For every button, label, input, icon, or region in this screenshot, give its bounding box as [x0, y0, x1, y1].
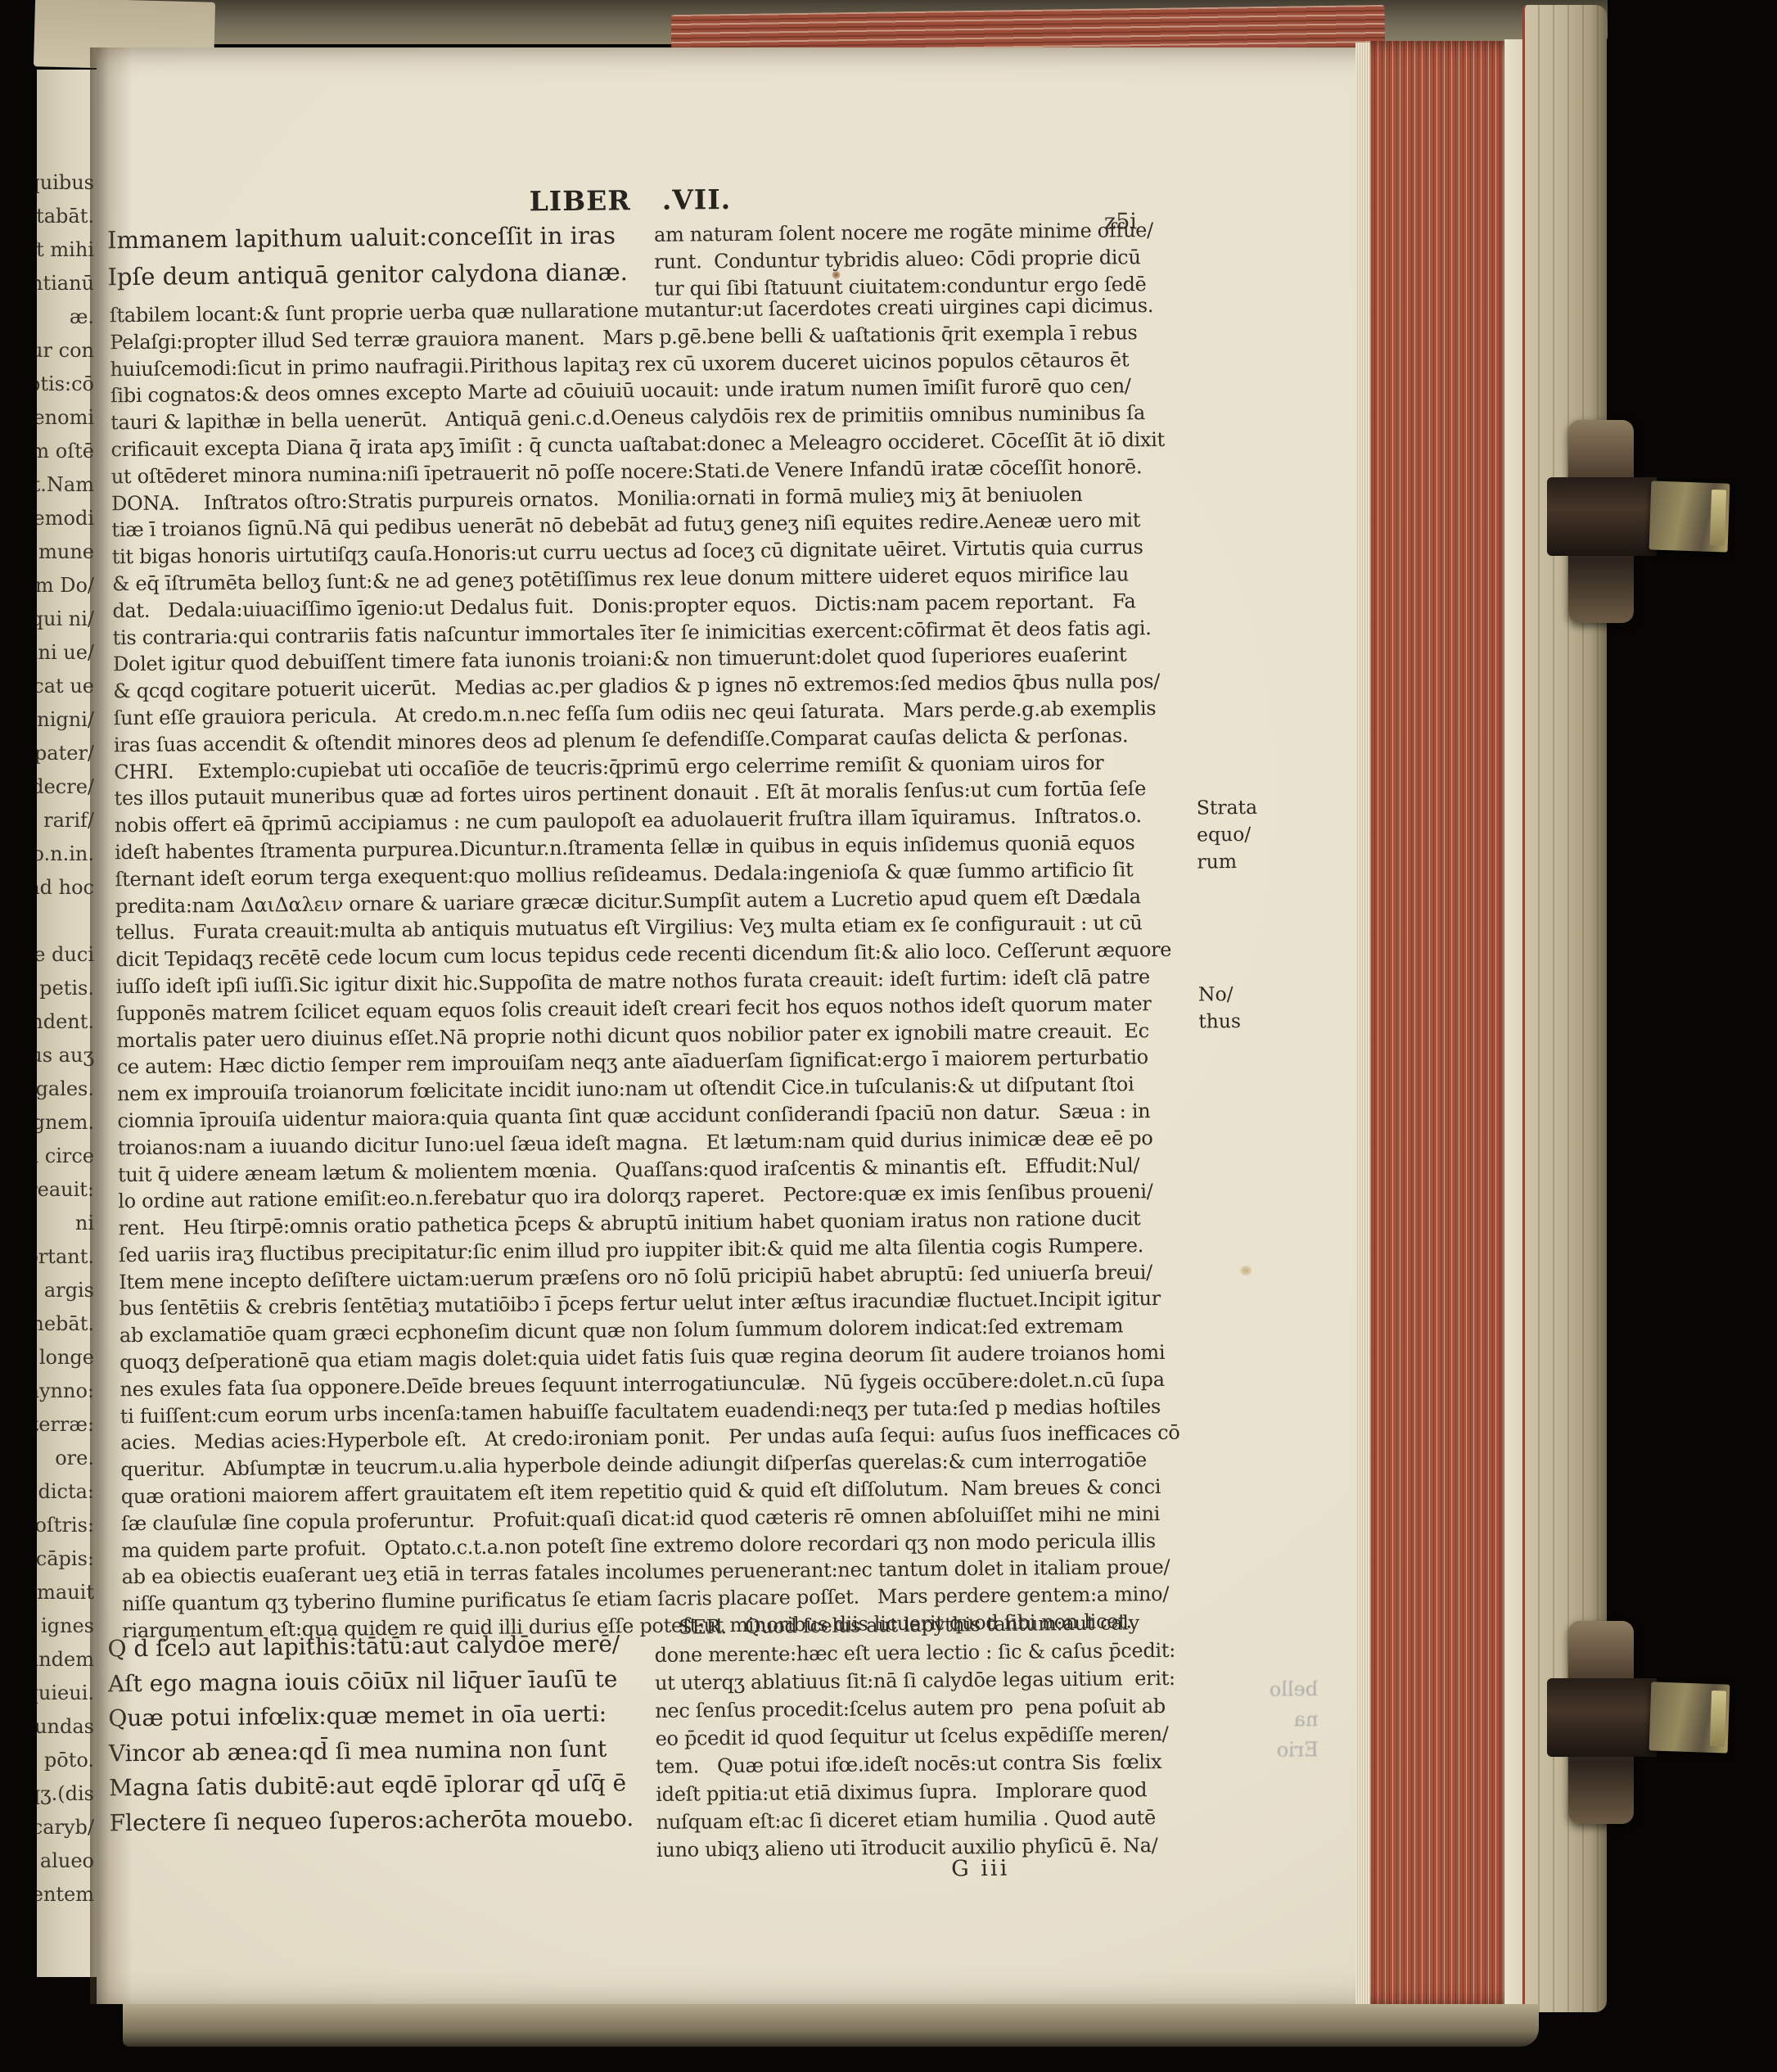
clasp-leather-strap [1547, 477, 1657, 556]
facing-page-text-fragment: dere gentem [37, 1878, 94, 1912]
facing-page-text-fragment: iliæ de quibus [37, 166, 94, 200]
book-bottom-edge [123, 2004, 1539, 2047]
facing-page-text-fragment: creauit: [37, 1173, 94, 1207]
facing-page-text-fragment: æ. [37, 300, 94, 334]
facing-page-text-fragment: :& eſt denomi [37, 401, 94, 435]
commentary-line: am naturam ſolent nocere me rogāte minim… [654, 217, 1153, 249]
facing-page-text-fragment: ta quieui. [37, 1677, 94, 1710]
margin-note: rum [1197, 847, 1258, 875]
facing-page-text-fragment: quidem Do/ [37, 569, 94, 603]
verse-line: Vincor ab ænea:qd̄ ſi mea numina non ſun… [109, 1731, 634, 1772]
facing-page-text-fragment: a iam decre/ [37, 770, 94, 804]
facing-page-text-fragment: fectus pater/ [37, 737, 94, 770]
commentary-line: runt. Conduntur tybridis alueo: Cōdi pro… [654, 244, 1153, 276]
facing-page-text-fragment: umina tandem [37, 1643, 94, 1677]
facing-page-text-fragment: ni [37, 1207, 94, 1240]
facing-page-text-fragment: ibus ignem. [37, 1106, 94, 1140]
verse-line: Quæ potui infœlix:quæ memet in oīa uerti… [108, 1696, 633, 1736]
facing-page-text-fragment: ula Fauni ue/ [37, 636, 94, 670]
facing-page-text-fragment: entibus auʒ [37, 1039, 94, 1072]
facing-page-text-fragment: ine no.n.in. [37, 837, 94, 871]
facing-page-text-fragment: ntium rarif/ [37, 804, 94, 837]
facing-page-text-fragment: feſta p undas [37, 1710, 94, 1744]
photo-background: iliæ de quibusonei cogitabāt.ntur. Eſt m… [0, 0, 1777, 2072]
facing-page-text-fragment: ūbere cāpis: [37, 1542, 94, 1576]
clasp-bottom [1547, 1614, 1760, 1827]
facing-page-text-fragment: idis alueo [37, 1844, 94, 1878]
facing-page-text-fragment: d uaſta caryb/ [37, 1811, 94, 1844]
running-header-book: LIBER [529, 184, 630, 217]
clasp-leather-strap [1547, 1678, 1657, 1757]
margin-note: thus [1198, 1008, 1241, 1035]
ink-showthrough-text: na [1211, 1704, 1318, 1736]
verse-line: Flectere ſi nequeo ſuperos:acherōta moue… [109, 1801, 634, 1841]
facing-page-text-fragment: ere longe [37, 1341, 94, 1375]
facing-page-text-fragment: t. Receptis:cō [37, 368, 94, 401]
facing-page-text-fragment: onei cogitabāt. [37, 200, 94, 233]
facing-page-text-fragment: enſa cremauit [37, 1576, 94, 1609]
facing-page-text-fragment: ia pendent. [37, 1005, 94, 1039]
verse-line: Q d ſcelɔ aut lapithis:tātū:aut calydōe … [107, 1627, 632, 1667]
verse-line: Ipſe deum antiquā genitor calydona dianæ… [107, 254, 628, 296]
ink-showthrough-text: Erio [1212, 1735, 1319, 1766]
recto-page: LIBER .VII. z5i Immanem lapithum ualuit:… [97, 47, 1370, 2004]
facing-page-text-fragment: traria noſtris: [37, 1509, 94, 1542]
facing-page-text-fragment: ectore dicta: [37, 1475, 94, 1509]
clasp-brass-hook [1649, 481, 1730, 552]
facing-page-edge: iliæ de quibusonei cogitabāt.ntur. Eſt m… [37, 70, 97, 1977]
paper-stain [832, 271, 840, 279]
facing-page-text-fragment: ſſet Terentianū [37, 267, 94, 300]
facing-page-text-fragment: s laus eſt.Nam [37, 468, 94, 502]
facing-page-text-fragment: ʒ iugales. [37, 1072, 94, 1106]
facing-page-text-fragment: b argis [37, 1274, 94, 1307]
facing-page-text-fragment: ntur. Eſt mihi [37, 233, 94, 267]
facing-page-text-fragment: e terræ: [37, 1408, 94, 1442]
clasp-top [1547, 413, 1760, 626]
facing-page-text-fragment: pponere pōto. [37, 1744, 94, 1777]
fore-edge-red [1370, 41, 1504, 2007]
page-leaves-transition [1355, 43, 1372, 2007]
facing-page-text-fragment: petis. [37, 972, 94, 1005]
facing-page-text-fragment: huiuſcemodi [37, 502, 94, 535]
clasp-brass-hook [1649, 1682, 1730, 1753]
quire-signature: G iii [951, 1856, 1009, 1882]
facing-page-text-fragment: pachynno: [37, 1375, 94, 1408]
running-header: LIBER .VII. [529, 183, 731, 217]
commentary-line: iuno ubiqʒ alieno uti ītroducit auxilio … [656, 1831, 1178, 1864]
facing-page-text-fragment: uideantur con [37, 334, 94, 368]
margin-note: equo/ [1197, 821, 1258, 849]
paper-stain [1240, 1266, 1252, 1275]
outer-leaves-edge [1504, 39, 1522, 2011]
verse-line: Magna ſatis dubitē:aut eqdē īplorar qd̄ … [109, 1766, 634, 1806]
ink-showthrough-text: bello [1211, 1674, 1318, 1705]
margin-note: Strata [1197, 794, 1258, 822]
facing-page-text-fragment: ore. [37, 1442, 94, 1475]
facing-page-text-fragment: ta tenebāt. [37, 1307, 94, 1341]
facing-page-text-fragment: reportant. [37, 1240, 94, 1274]
facing-page-text-fragment [37, 905, 94, 938]
facing-page-text-fragment: ʒ mariſqʒ.(dis [37, 1777, 94, 1811]
facing-page-text-fragment: l & benigni/ [37, 703, 94, 737]
facing-page-text-fragment: rdine duci [37, 938, 94, 972]
facing-page-text-fragment: dentia qui ni/ [37, 603, 94, 636]
facing-page-text-fragment: lhibuit mune [37, 535, 94, 569]
verse-line: Immanem lapithum ualuit:conceſſit in ira… [107, 217, 628, 259]
facing-page-text-fragment: la circe [37, 1140, 94, 1173]
facing-page-text-fragment: uaſi dicat ue [37, 670, 94, 703]
facing-page-text-fragment: nō ſolum oſtē [37, 435, 94, 468]
facing-page-text-fragment: oſqʒ per ignes [37, 1609, 94, 1643]
facing-page-text-fragment: fatis ad hoc [37, 871, 94, 905]
page-text-block: LIBER .VII. z5i Immanem lapithum ualuit:… [89, 42, 1382, 2011]
running-header-number: .VII. [662, 183, 732, 216]
verse-line: Aſt ego magna iouis cōiūx nil liq̄uer īa… [108, 1662, 633, 1702]
margin-note: No/ [1198, 981, 1241, 1008]
